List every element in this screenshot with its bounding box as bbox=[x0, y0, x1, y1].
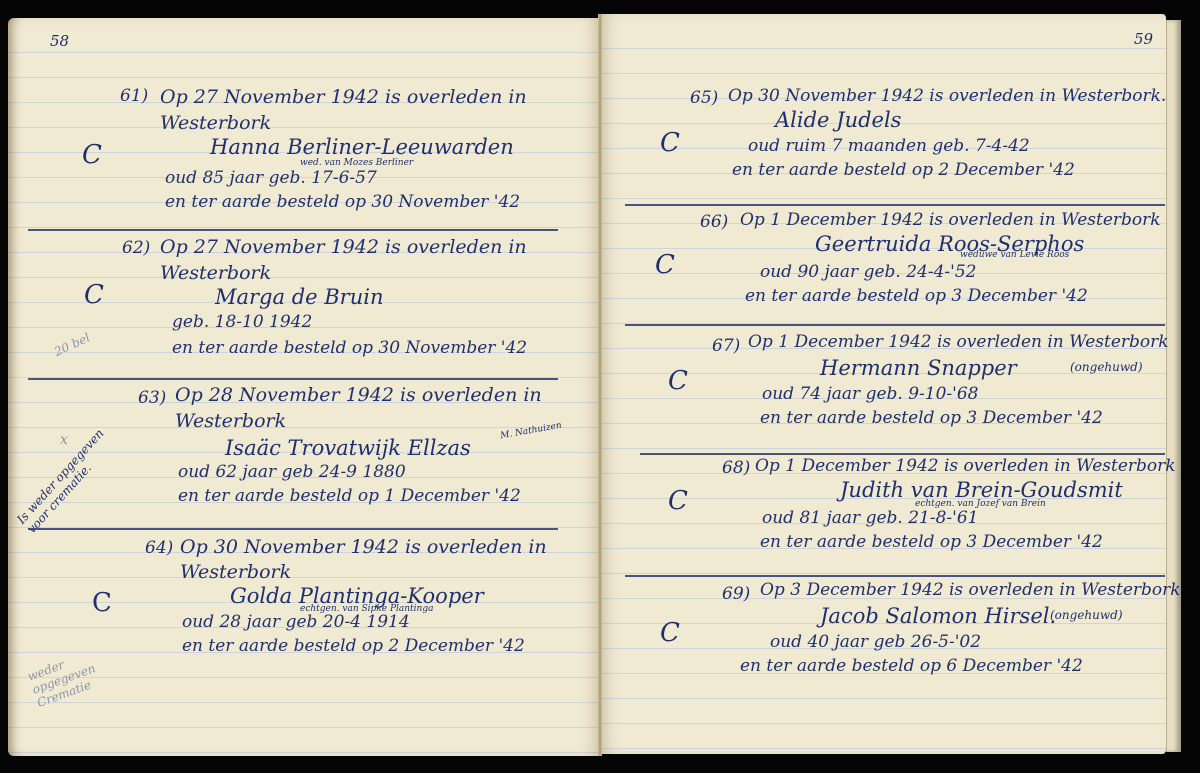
entry-burial-line: en ter aarde besteld op 1 December '42 bbox=[178, 486, 521, 506]
entry-number: 67) bbox=[712, 336, 740, 356]
book-gutter bbox=[598, 14, 602, 756]
entry-name: Marga de Bruin bbox=[215, 285, 383, 309]
entry-divider bbox=[28, 229, 558, 231]
entry-number: 66) bbox=[700, 212, 728, 232]
entry-age-line: oud 90 jaar geb. 24-4-'52 bbox=[760, 262, 976, 282]
entry-burial-line: en ter aarde besteld op 30 November '42 bbox=[172, 338, 527, 358]
entry-number: 68) bbox=[722, 458, 750, 478]
entry-age-line: oud 28 jaar geb 20-4 1914 bbox=[182, 612, 410, 632]
entry-death-line: Op 27 November 1942 is overleden in bbox=[160, 86, 527, 108]
entry-mark-c: C bbox=[668, 486, 688, 516]
page-stack-edge bbox=[1166, 20, 1181, 752]
entry-number: 62) bbox=[122, 238, 150, 258]
entry-age-line: oud 85 jaar geb. 17-6-57 bbox=[165, 168, 377, 188]
entry-death-line: Op 1 December 1942 is overleden in Weste… bbox=[740, 210, 1161, 230]
entry-mark-c: C bbox=[660, 618, 680, 648]
margin-x-mark: x bbox=[60, 432, 68, 448]
entry-annotation: weduwe van Levie Roos bbox=[960, 250, 1069, 260]
entry-divider bbox=[28, 378, 558, 380]
entry-annotation: (ongehuwd) bbox=[1070, 360, 1143, 374]
entry-divider bbox=[640, 453, 1165, 455]
entry-annotation: wed. van Mozes Berliner bbox=[300, 158, 413, 168]
entry-death-line: Op 3 December 1942 is overleden in Weste… bbox=[760, 580, 1181, 600]
entry-burial-line: en ter aarde besteld op 2 December '42 bbox=[732, 160, 1075, 180]
entry-name: Jacob Salomon Hirsel. bbox=[820, 604, 1056, 628]
entry-age-line: oud ruim 7 maanden geb. 7-4-42 bbox=[748, 136, 1030, 156]
entry-place: Westerbork bbox=[180, 561, 291, 583]
entry-annotation: (ongehuwd) bbox=[1050, 608, 1123, 622]
entry-burial-line: en ter aarde besteld op 3 December '42 bbox=[745, 286, 1088, 306]
entry-number: 64) bbox=[145, 538, 173, 558]
entry-place: Westerbork bbox=[175, 410, 286, 432]
entry-mark-c: C bbox=[84, 280, 104, 310]
entry-divider bbox=[28, 528, 558, 530]
entry-divider bbox=[625, 575, 1165, 577]
entry-mark-c: C bbox=[92, 588, 112, 618]
entry-number: 65) bbox=[690, 88, 718, 108]
entry-number: 63) bbox=[138, 388, 166, 408]
entry-burial-line: en ter aarde besteld op 30 November '42 bbox=[165, 192, 520, 212]
entry-age-line: geb. 18-10 1942 bbox=[172, 312, 312, 332]
entry-burial-line: en ter aarde besteld op 2 December '42 bbox=[182, 636, 525, 656]
entry-death-line: Op 30 November 1942 is overleden in bbox=[180, 536, 547, 558]
entry-death-line: Op 27 November 1942 is overleden in bbox=[160, 236, 527, 258]
entry-name: Hanna Berliner-Leeuwarden bbox=[210, 135, 514, 159]
entry-mark-c: C bbox=[655, 250, 675, 280]
entry-mark-c: C bbox=[82, 140, 102, 170]
entry-name: Isaäc Trovatwijk Ellzas bbox=[225, 436, 471, 460]
entry-death-line: Op 1 December 1942 is overleden in Weste… bbox=[748, 332, 1169, 352]
entry-burial-line: en ter aarde besteld op 3 December '42 bbox=[760, 532, 1103, 552]
entry-burial-line: en ter aarde besteld op 6 December '42 bbox=[740, 656, 1083, 676]
entry-place: Westerbork bbox=[160, 112, 271, 134]
entry-age-line: oud 62 jaar geb 24-9 1880 bbox=[178, 462, 406, 482]
entry-death-line: Op 28 November 1942 is overleden in bbox=[175, 384, 542, 406]
entry-age-line: oud 81 jaar geb. 21-8-'61 bbox=[762, 508, 978, 528]
entry-number: 61) bbox=[120, 86, 148, 106]
entry-death-line: Op 30 November 1942 is overleden in West… bbox=[728, 86, 1166, 106]
entry-age-line: oud 40 jaar geb 26-5-'02 bbox=[770, 632, 981, 652]
entry-divider bbox=[625, 204, 1165, 206]
entry-mark-c: C bbox=[660, 128, 680, 158]
entry-death-line: Op 1 December 1942 is overleden in Weste… bbox=[755, 456, 1176, 476]
entry-place: Westerbork bbox=[160, 262, 271, 284]
right-page-number: 59 bbox=[1134, 30, 1153, 48]
left-page-number: 58 bbox=[50, 32, 69, 50]
entry-divider bbox=[625, 324, 1165, 326]
entry-mark-c: C bbox=[668, 366, 688, 396]
entry-age-line: oud 74 jaar geb. 9-10-'68 bbox=[762, 384, 978, 404]
entry-name: Alide Judels bbox=[775, 108, 901, 132]
entry-name: Hermann Snapper bbox=[820, 356, 1017, 380]
entry-burial-line: en ter aarde besteld op 3 December '42 bbox=[760, 408, 1103, 428]
entry-number: 69) bbox=[722, 584, 750, 604]
